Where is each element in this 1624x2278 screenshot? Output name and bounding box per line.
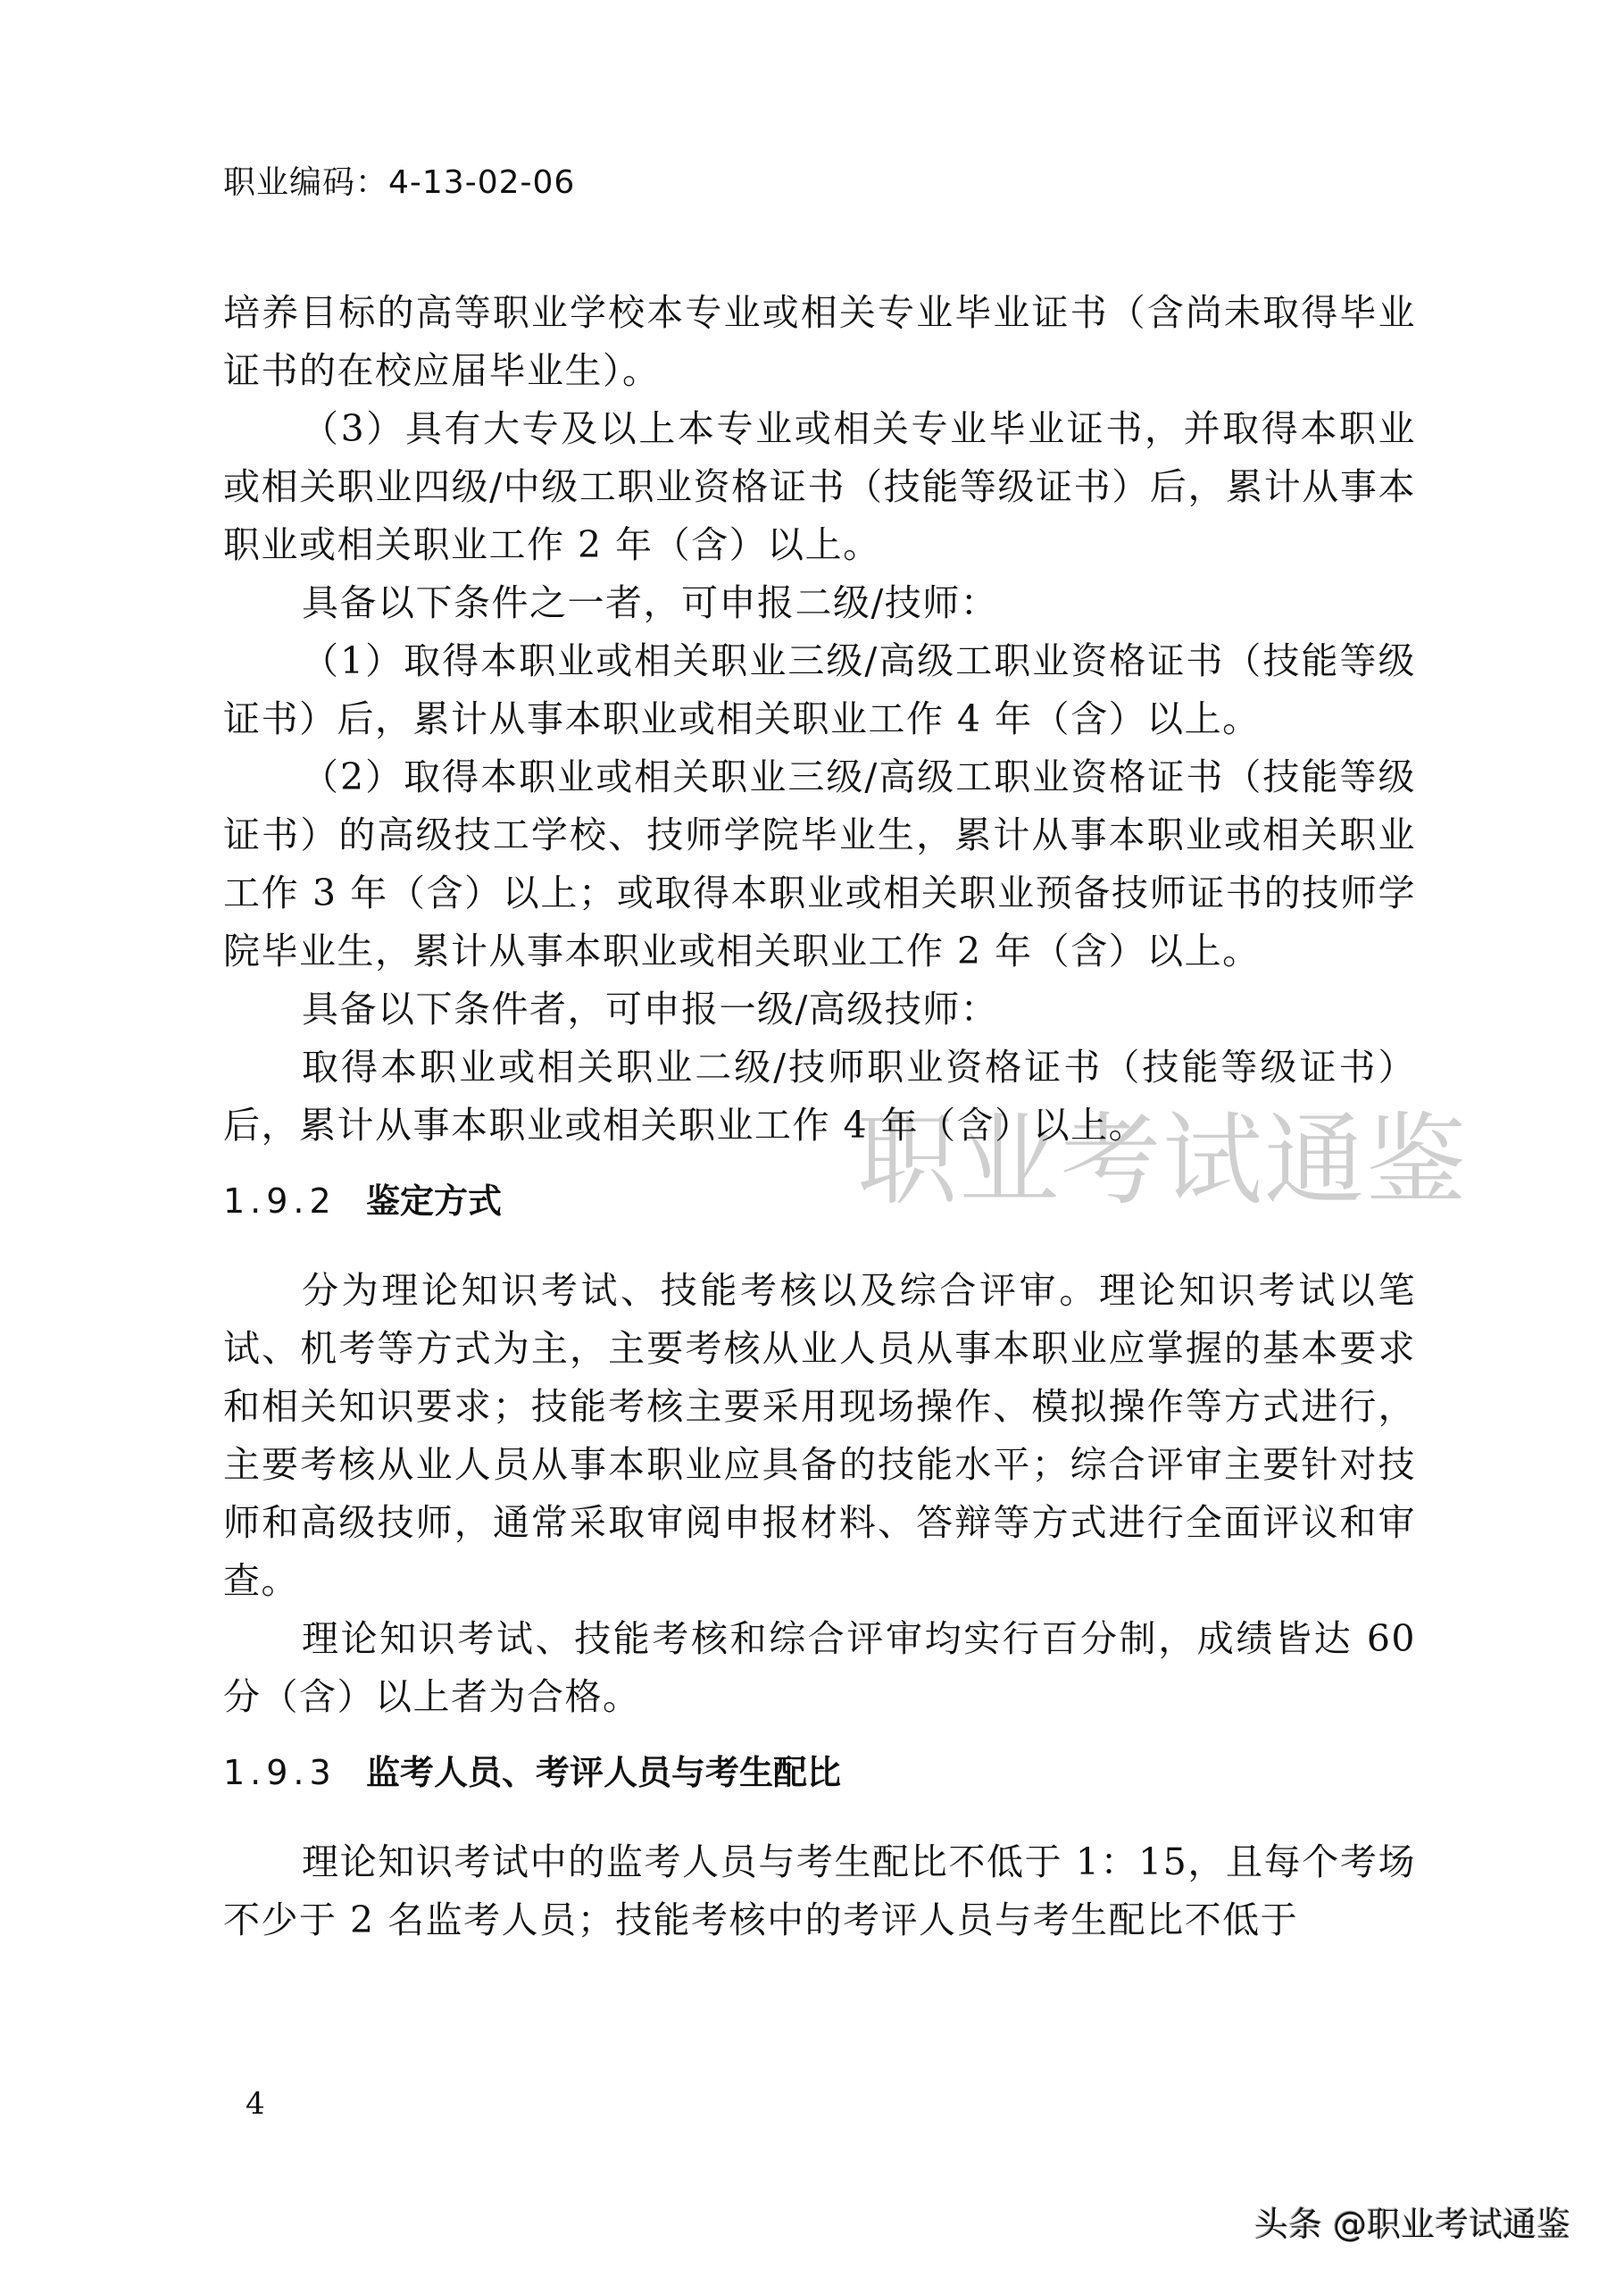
section-title: 鉴定方式 bbox=[366, 1181, 502, 1221]
source-watermark: 头条 @职业考试通鉴 bbox=[1254, 2197, 1570, 2246]
occupation-code: 职业编码：4-13-02-06 bbox=[223, 157, 575, 203]
section-heading-1-9-3: 1.9.3监考人员、考评人员与考生配比 bbox=[223, 1746, 1416, 1799]
paragraph-assessment-methods: 分为理论知识考试、技能考核以及综合评审。理论知识考试以笔试、机考等方式为主，主要… bbox=[223, 1262, 1416, 1610]
paragraph-level1-intro: 具备以下条件者，可申报一级/高级技师： bbox=[223, 980, 1416, 1039]
section-number: 1.9.2 bbox=[223, 1174, 366, 1228]
section-heading-1-9-2: 1.9.2鉴定方式 bbox=[223, 1174, 1416, 1228]
paragraph-level1-condition: 取得本职业或相关职业二级/技师职业资格证书（技能等级证书）后，累计从事本职业或相… bbox=[223, 1039, 1416, 1155]
paragraph-level2-intro: 具备以下条件之一者，可申报二级/技师： bbox=[223, 574, 1416, 632]
document-page: 职业编码：4-13-02-06 职业考试通鉴 培养目标的高等职业学校本专业或相关… bbox=[0, 0, 1624, 2278]
paragraph-examiner-ratio: 理论知识考试中的监考人员与考生配比不低于 1：15，且每个考场不少于 2 名监考… bbox=[223, 1833, 1416, 1949]
page-number: 4 bbox=[246, 2086, 265, 2122]
paragraph-continuation: 培养目标的高等职业学校本专业或相关专业毕业证书（含尚未取得毕业证书的在校应届毕业… bbox=[223, 284, 1416, 400]
paragraph-passing-score: 理论知识考试、技能考核和综合评审均实行百分制，成绩皆达 60 分（含）以上者为合… bbox=[223, 1610, 1416, 1726]
paragraph-level2-condition-1: （1）取得本职业或相关职业三级/高级工职业资格证书（技能等级证书）后，累计从事本… bbox=[223, 632, 1416, 748]
section-number: 1.9.3 bbox=[223, 1746, 366, 1799]
paragraph-condition-3: （3）具有大专及以上本专业或相关专业毕业证书，并取得本职业或相关职业四级/中级工… bbox=[223, 400, 1416, 574]
document-body: 培养目标的高等职业学校本专业或相关专业毕业证书（含尚未取得毕业证书的在校应届毕业… bbox=[223, 284, 1416, 1949]
section-title: 监考人员、考评人员与考生配比 bbox=[366, 1753, 841, 1792]
paragraph-level2-condition-2: （2）取得本职业或相关职业三级/高级工职业资格证书（技能等级证书）的高级技工学校… bbox=[223, 748, 1416, 980]
